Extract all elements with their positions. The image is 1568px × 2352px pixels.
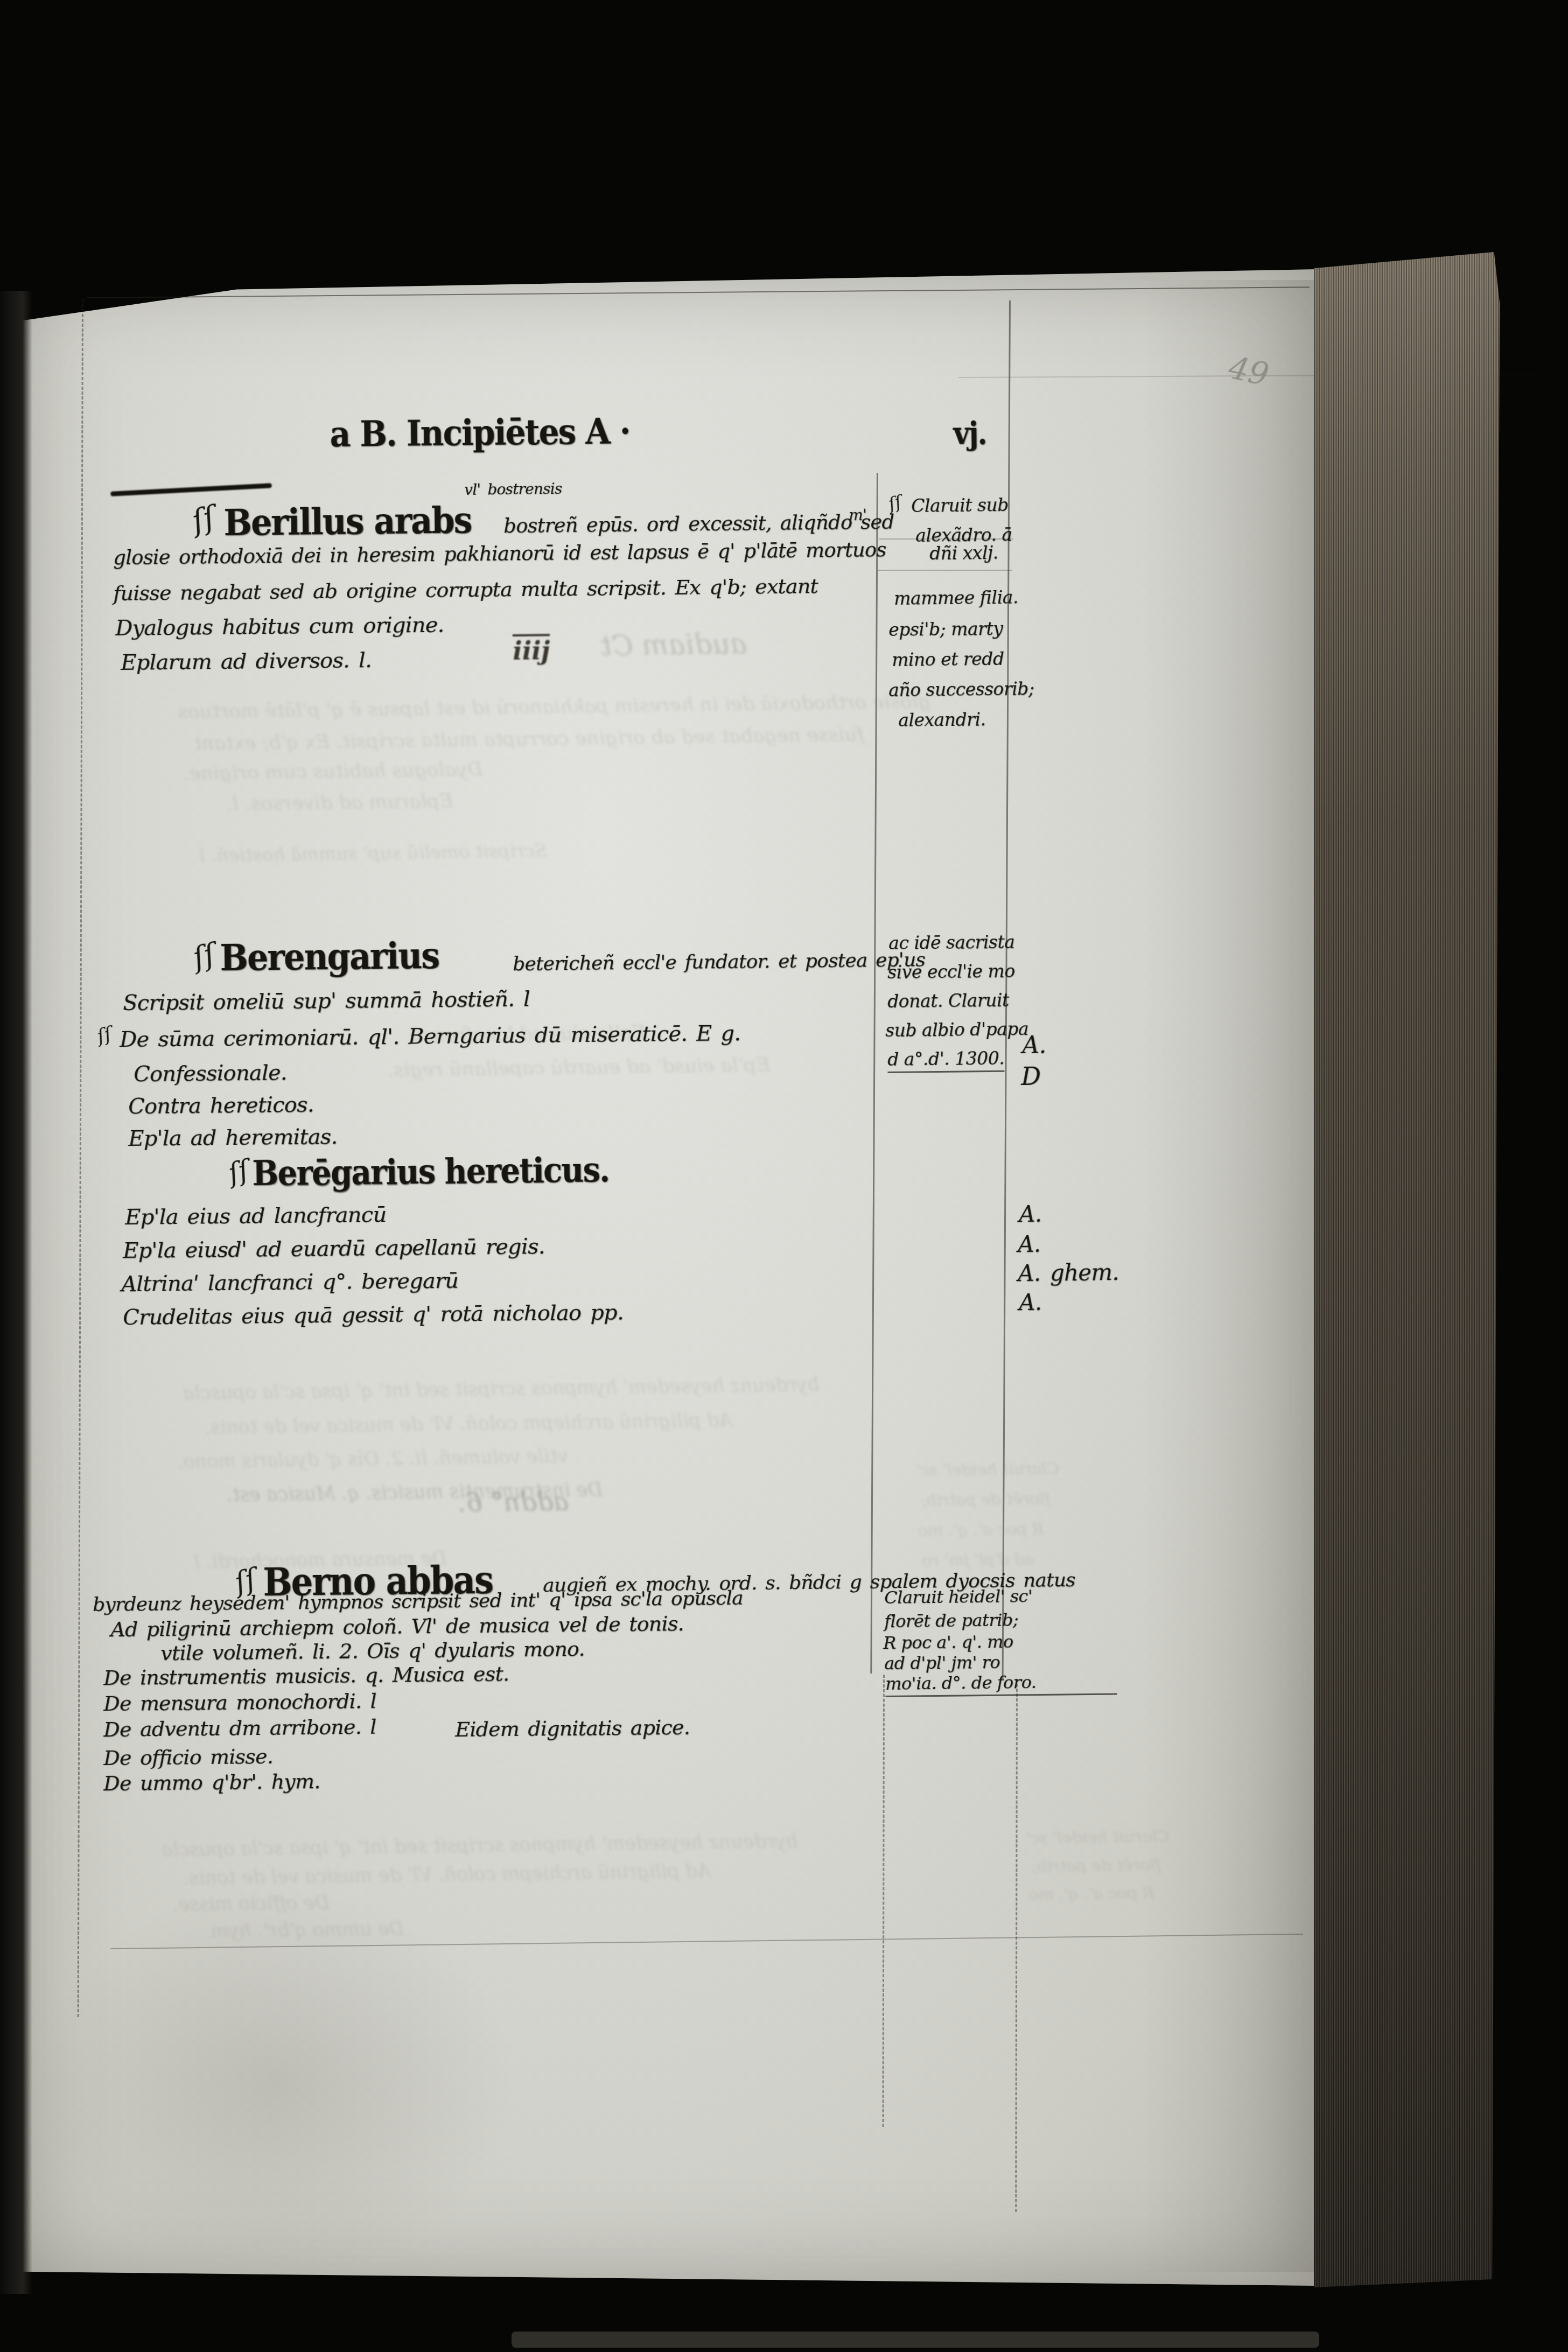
entry1-margin-line: dñi xxlj. <box>929 542 998 564</box>
ink-blot: iiij <box>513 636 550 666</box>
entry1-line: Dyalogus habitus cum origine. <box>115 613 444 641</box>
show-through-ghost-text: De officio misse. <box>172 1892 330 1916</box>
running-title: a B. Incipiētes A · <box>330 410 630 455</box>
entry2-line: Ep'la ad heremitas. <box>128 1124 338 1151</box>
entry1-line: Eplarum ad diversos. l. <box>121 648 372 675</box>
entry3-shelf-letter: A. <box>1018 1231 1041 1257</box>
book-fore-edge <box>1314 252 1500 2287</box>
show-through-smudge: audiam Ct <box>600 628 747 662</box>
entry1-margin-line: mammee filia. <box>894 587 1018 609</box>
entry4-line: Eidem dignitatis apice. <box>455 1715 690 1741</box>
margin-rule-2 <box>878 570 1012 571</box>
entry4-margin-line: florēt de patrib; <box>884 1609 1018 1632</box>
book-bottom-edge <box>512 2332 1319 2348</box>
show-through-ghost-text: Claruit heidel' sc' <box>915 1459 1059 1480</box>
show-through-ghost-text: Claruit heidel' sc' <box>1026 1827 1170 1848</box>
entry1-margin-line: mino et redd <box>892 648 1004 670</box>
entry3-line: Crudelitas eius quā gessit q' rotā nicho… <box>123 1300 624 1330</box>
show-through-ghost-text: florēt de patrib; <box>1031 1856 1161 1876</box>
show-through-ghost-text: Dyalogus habitus cum origine. <box>183 758 483 785</box>
entry2-margin-line: d a°.d'. 1300. <box>887 1048 1004 1073</box>
entry4-line: De instrumentis musicis. q. Musica est. <box>103 1662 509 1690</box>
entry2-line: Confessionale. <box>134 1060 287 1087</box>
entry2-margin-line: ac idē sacrista <box>888 932 1015 954</box>
show-through-smudge: addn° 6. <box>458 1487 569 1518</box>
entry2-author-heading: Berengarius <box>220 934 439 979</box>
show-through-ghost-text: ad d'pl' jm' ro <box>922 1550 1034 1571</box>
show-through-ghost-text: R poc a'. q'. mo <box>918 1520 1044 1540</box>
entry4-margin-line: R poc a'. q'. mo <box>883 1631 1013 1653</box>
entry3-line: Ep'la eiusd' ad euardū capellanū regis. <box>123 1234 545 1263</box>
entry2-line: Contra hereticos. <box>128 1092 314 1119</box>
entry4-line: vtile volumeñ. li. 2. Oīs q' dyularis mo… <box>160 1637 585 1665</box>
entry4-margin-line: Claruit heidel' sc' <box>884 1586 1032 1608</box>
entry2-margin-line: donat. Claruit <box>887 990 1009 1012</box>
entry3-shelf-letter: A. ghem. <box>1018 1259 1119 1286</box>
entry2-line: Scripsit omeliū sup' summā hostieñ. l <box>123 986 530 1016</box>
entry1-heading-continuation: bostreñ epūs. ord excessit, aliqñdo sed <box>503 510 894 537</box>
gutter-shadow <box>0 291 32 2294</box>
entry4-line: De mensura monochordi. l <box>103 1689 376 1716</box>
quire-numeral: vj. <box>953 415 986 452</box>
entry1-margin-line: epsi'b; marty <box>888 618 1003 640</box>
entry2-margin-line: sive eccl'ie mo <box>887 961 1015 983</box>
entry4-line: De ummo q'br'. hym. <box>103 1769 320 1795</box>
entry4-margin-line: mo'ia. d°. de foro. <box>885 1671 1117 1697</box>
show-through-ghost-text: Eplarum ad diversos. l. <box>226 790 454 815</box>
manuscript-photo: a B. Incipiētes A · vj. 49 vl' bostrensi… <box>0 0 1568 2352</box>
show-through-ghost-text: De ummo q'br'. hym. <box>205 1918 404 1942</box>
entry2-shelf-letter: D <box>1021 1062 1041 1091</box>
entry1-superscript: vl' bostrensis <box>464 480 562 499</box>
entry4-line: De officio misse. <box>103 1745 273 1770</box>
entry3-author-heading: Berēgarius hereticus. <box>252 1150 610 1194</box>
entry3-line: Ep'la eius ad lancfrancū <box>125 1202 387 1230</box>
entry3-shelf-letter: A. <box>1019 1201 1042 1227</box>
entry1-margin-line: Claruit sub <box>911 494 1009 516</box>
paper-stain <box>1142 280 1319 2272</box>
entry4-line: De adventu dm arribone. l <box>103 1715 376 1741</box>
entry1-margin-line: año successorib; <box>888 678 1034 701</box>
show-through-ghost-text: R poc a'. q'. mo <box>1028 1884 1154 1904</box>
entry3-line: Altrinaꞌ lancfranci q°. beregarū <box>121 1268 459 1297</box>
show-through-ghost-text: florēt de patrib; <box>921 1489 1051 1510</box>
entry3-shelf-letter: A. <box>1019 1289 1042 1315</box>
entry1-margin-squiggle: m' <box>849 506 867 524</box>
entry4-margin-line: ad d'pl' jm' ro <box>884 1652 1000 1674</box>
entry1-margin-line: alexandri. <box>898 709 986 731</box>
entry1-author-heading: Berillus arabs <box>223 498 472 544</box>
entry2-shelf-letter: A. <box>1022 1032 1046 1059</box>
entry2-margin-line: sub albio d'papa <box>885 1018 1028 1041</box>
entry2-heading-continuation: betericheñ eccl'e fundator. et postea ep… <box>513 949 925 975</box>
